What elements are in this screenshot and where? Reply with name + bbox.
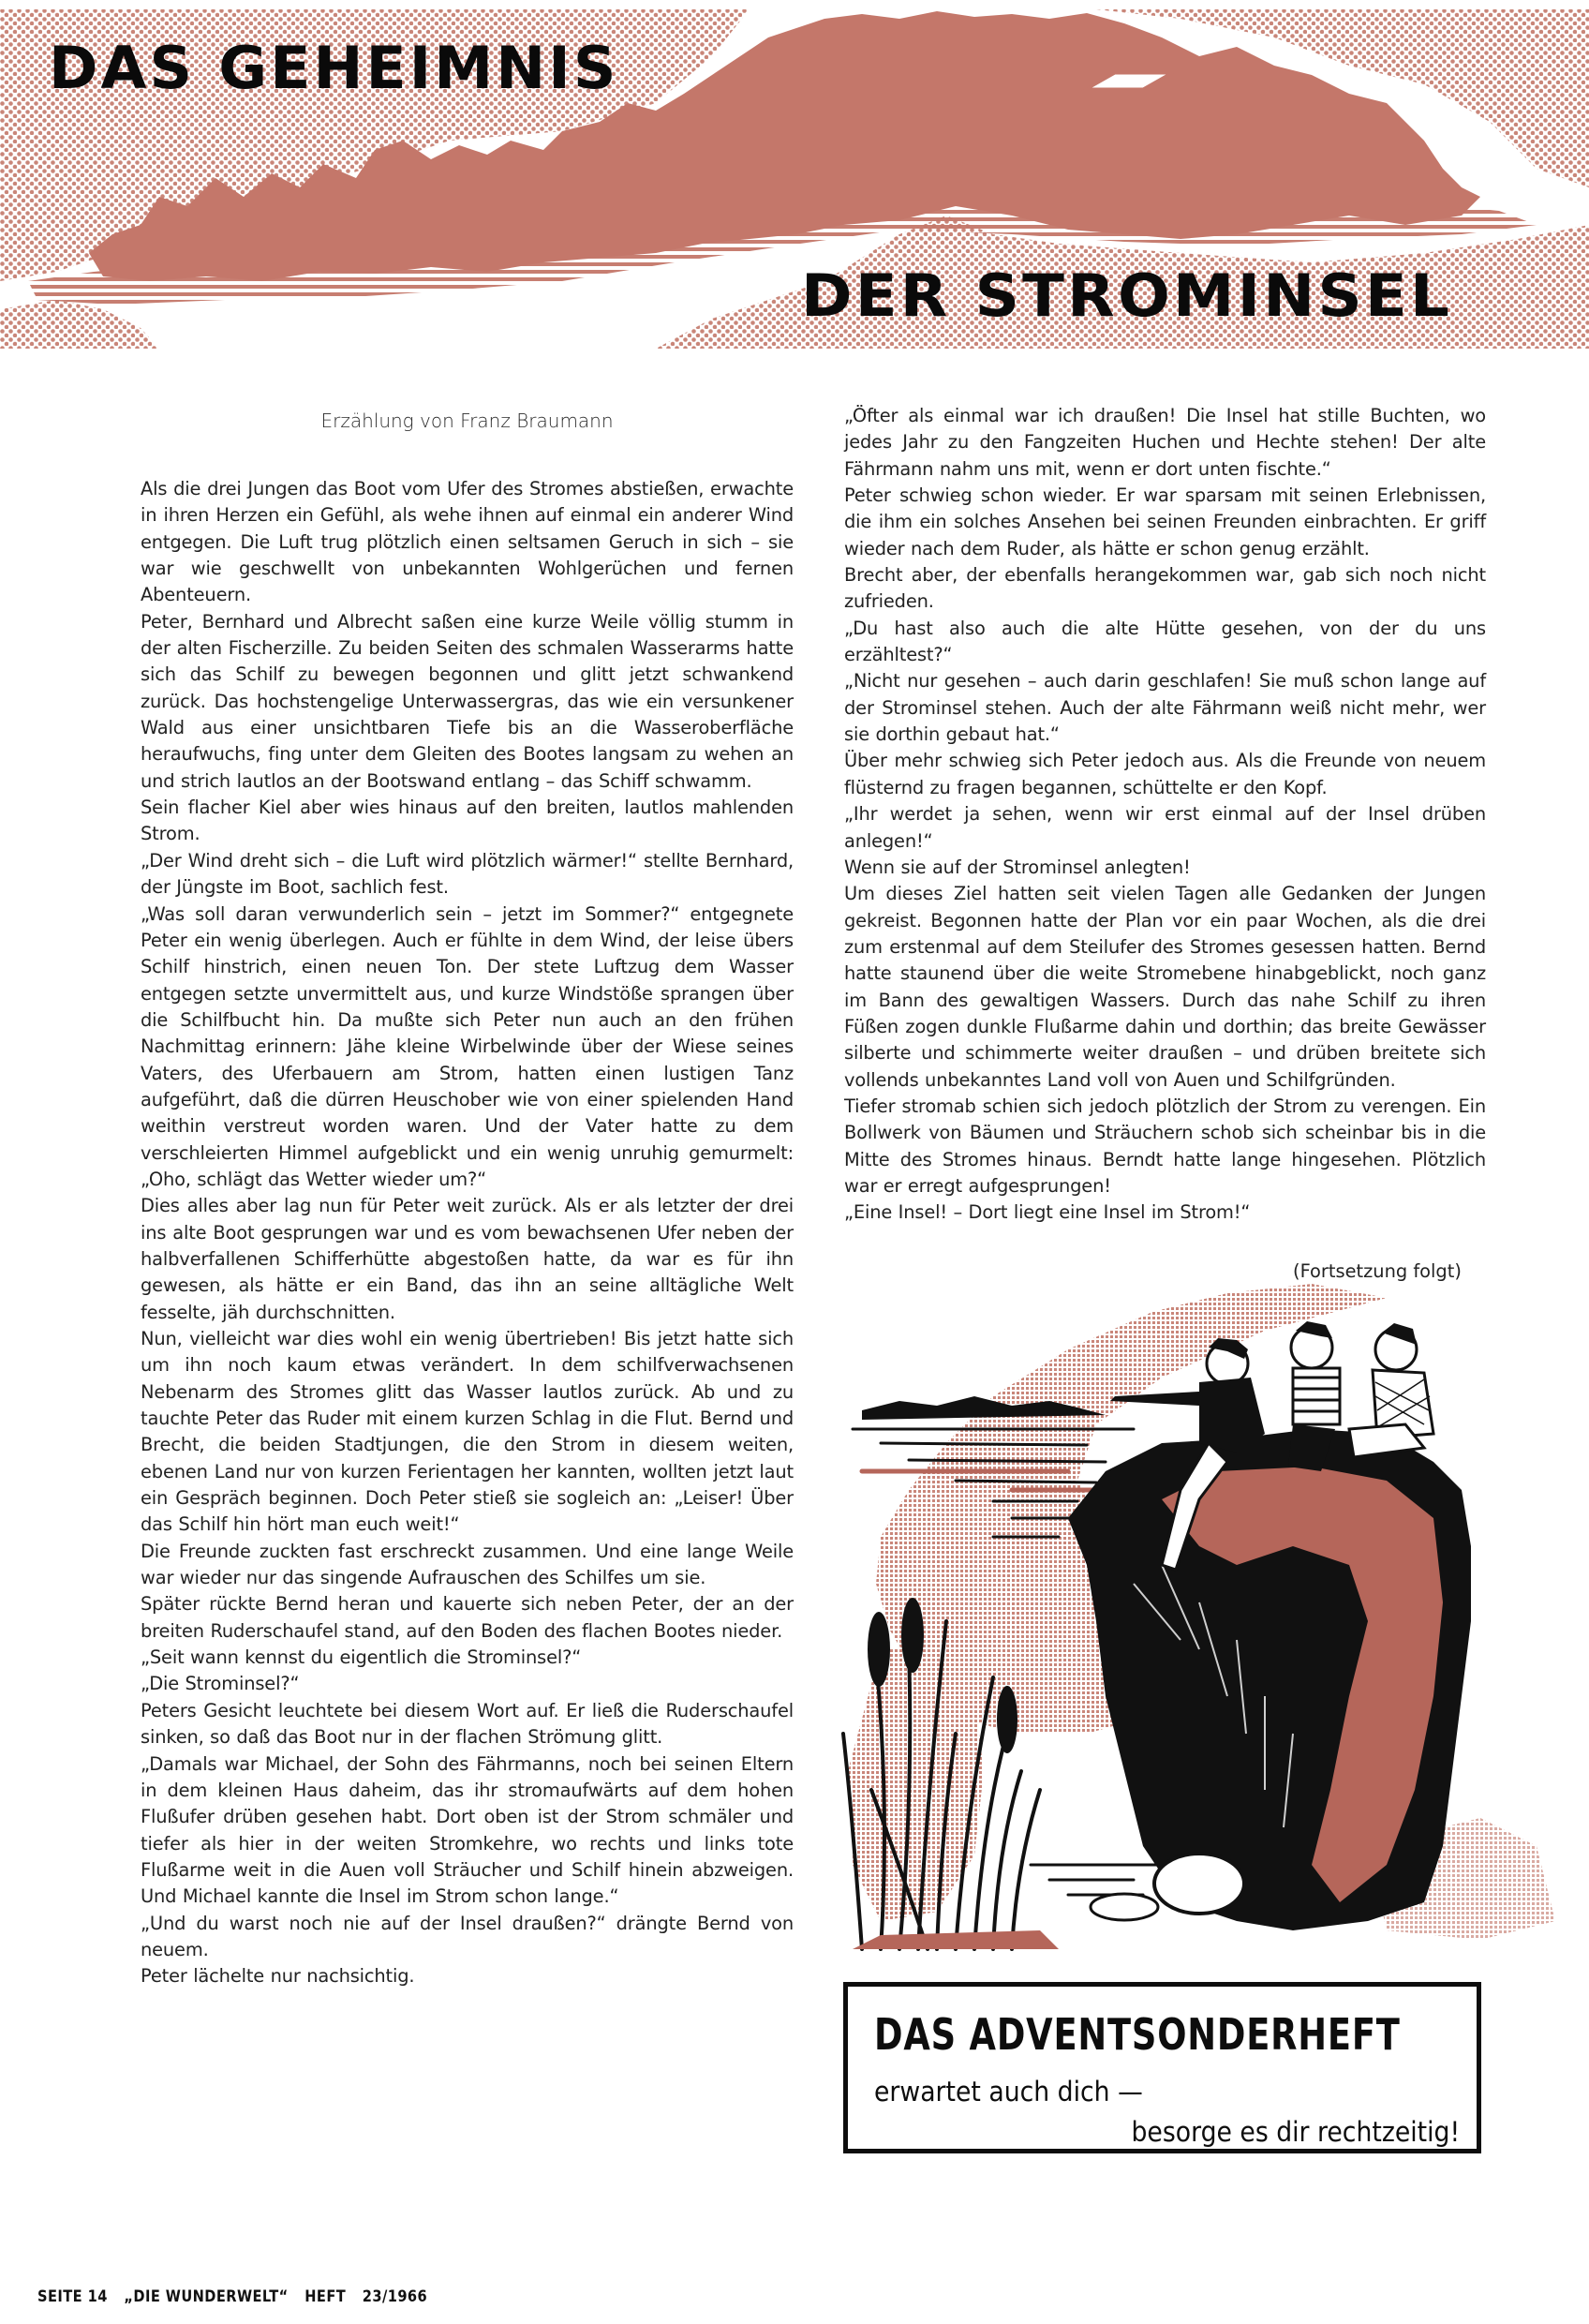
page-footer: SEITE 14 „DIE WUNDERWELT“ HEFT 23/1966 [37,2287,438,2306]
author-byline: Erzählung von Franz Braumann [141,410,794,432]
paragraph: „Damals war Michael, der Sohn des Fährma… [141,1751,794,1911]
paragraph: „Die Strominsel?“ [141,1671,794,1697]
paragraph: „Und du warst noch nie auf der Insel dra… [141,1911,794,1964]
paragraph: Peter schwieg schon wieder. Er war spars… [844,483,1486,562]
magazine-name: „DIE WUNDERWELT“ [124,2287,288,2306]
page-number: SEITE 14 [37,2287,108,2306]
boys-on-riverbank-illustration [824,1209,1589,1968]
paragraph: Später rückte Bernd heran und kauerte si… [141,1591,794,1645]
paragraph: „Öfter als einmal war ich draußen! Die I… [844,403,1486,483]
paragraph: Die Freunde zuckten fast erschreckt zusa… [141,1539,794,1592]
story-illustration [824,1209,1589,1968]
paragraph: Wenn sie auf der Strominsel anlegten! [844,855,1486,881]
ad-line-2: besorge es dir rechtzeitig! [1131,2116,1460,2148]
paragraph: „Ihr werdet ja sehen, wenn wir erst einm… [844,801,1486,855]
header-illustration: DAS GEHEIMNIS DER STROMINSEL [0,0,1589,356]
title-line-2: DER STROMINSEL [801,267,1452,325]
advent-issue-advertisement: DAS ADVENTSONDERHEFT erwartet auch dich … [843,1982,1481,2153]
paragraph: Tiefer stromab schien sich jedoch plötzl… [844,1094,1486,1199]
paragraph: Nun, vielleicht war dies wohl ein wenig … [141,1326,794,1539]
paragraph: Peter lächelte nur nachsichtig. [141,1963,794,1989]
continuation-note: (Fortsetzung folgt) [1293,1260,1462,1282]
article-left-column: Als die drei Jungen das Boot vom Ufer de… [141,476,794,1990]
paragraph: Peters Gesicht leuchtete bei diesem Wort… [141,1698,794,1751]
paragraph: Als die drei Jungen das Boot vom Ufer de… [141,476,794,609]
paragraph: „Nicht nur gesehen – auch darin geschlaf… [844,668,1486,748]
paragraph: Peter, Bernhard und Albrecht saßen eine … [141,609,794,795]
issue-number: 23/1966 [363,2287,427,2306]
paragraph: Brecht aber, der ebenfalls herangekommen… [844,562,1486,616]
paragraph: Sein flacher Kiel aber wies hinaus auf d… [141,795,794,848]
issue-label: HEFT [304,2287,346,2306]
ad-title: DAS ADVENTSONDERHEFT [874,2009,1401,2060]
article-right-column: „Öfter als einmal war ich draußen! Die I… [844,403,1486,1227]
paragraph: Über mehr schwieg sich Peter jedoch aus.… [844,748,1486,801]
paragraph: „Was soll daran verwunderlich sein – jet… [141,901,794,1194]
paragraph: Dies alles aber lag nun für Peter weit z… [141,1193,794,1326]
ad-line-1: erwartet auch dich — [874,2076,1143,2108]
paragraph: Um dieses Ziel hatten seit vielen Tagen … [844,881,1486,1094]
paragraph: „Du hast also auch die alte Hütte gesehe… [844,616,1486,669]
paragraph: „Der Wind dreht sich – die Luft wird plö… [141,848,794,901]
paragraph: „Seit wann kennst du eigentlich die Stro… [141,1645,794,1671]
title-line-1: DAS GEHEIMNIS [49,39,618,97]
